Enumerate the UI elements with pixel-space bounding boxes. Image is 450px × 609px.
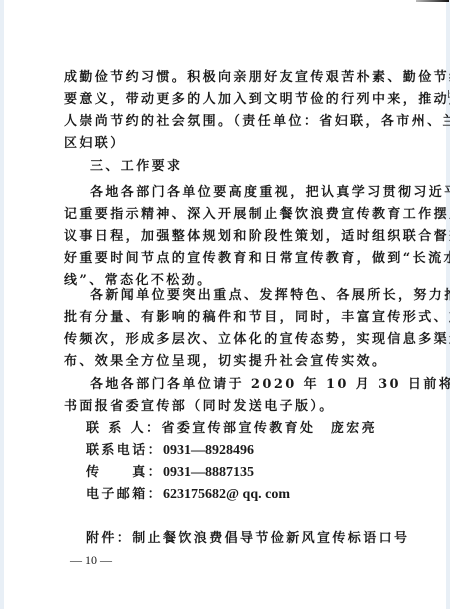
document-page: 成勤俭节约习惯。积极向亲朋好友宣传艰苦朴素、勤俭节约的重 要意义，带动更多的人加… [4,0,446,609]
contact-email-label: 电子邮箱： [86,487,163,502]
attachment-block: 附件：制止餐饮浪费倡导节俭新风宣传标语口号 [64,528,404,550]
text-line: 要意义，带动更多的人加入到文明节俭的行列中来，推动形成人 [64,89,404,111]
paragraph-continuation: 成勤俭节约习惯。积极向亲朋好友宣传艰苦朴素、勤俭节约的重 要意义，带动更多的人加… [64,67,404,155]
contact-person-value: 省委宣传部宣传教育处 庞宏亮 [161,421,377,436]
text-line: 议事日程，加强整体规划和阶段性策划，适时组织联合督查，做 [64,226,404,248]
contact-fax: 传 真：0931—8887135 [64,462,404,484]
section-heading: 三、工作要求 [64,156,404,178]
paragraph-2: 各新闻单位要突出重点、发挥特色、各展所长，努力推出一 批有分量、有影响的稿件和节… [64,285,404,373]
text-line: 好重要时间节点的宣传教育和日常宣传教育，做到“长流水不断 [64,248,404,270]
scan-edge-bar [416,0,449,2]
text-line: 传频次，形成多层次、立体化的宣传态势，实现信息多渠道发 [64,329,404,351]
text-line: 人崇尚节约的社会氛围。（责任单位：省妇联，各市州、兰州新 [64,111,404,133]
contact-phone: 联系电话：0931—8928496 [64,440,404,462]
contact-email: 电子邮箱：623175682@ qq. com [64,484,404,506]
paragraph-1: 各地各部门各单位要高度重视，把认真学习贯彻习近平总书 记重要指示精神、深入开展制… [64,182,404,292]
page-number: — 10 — [70,553,112,568]
text-line: 各地各部门各单位请于 2020 年 10 月 30 日前将贯彻落实情况 [64,374,404,396]
contact-person: 联 系 人：省委宣传部宣传教育处 庞宏亮 [64,418,404,440]
contact-email-value: 623175682@ qq. com [163,487,290,502]
contact-block: 联 系 人：省委宣传部宣传教育处 庞宏亮 联系电话：0931—8928496 传… [64,418,404,506]
attachment-line: 附件：制止餐饮浪费倡导节俭新风宣传标语口号 [64,528,404,550]
contact-phone-value: 0931—8928496 [163,443,254,458]
paragraph-3: 各地各部门各单位请于 2020 年 10 月 30 日前将贯彻落实情况 书面报省… [64,374,404,418]
text-line: 记重要指示精神、深入开展制止餐饮浪费宣传教育工作摆上重要 [64,204,404,226]
contact-person-label: 联 系 人： [86,421,161,436]
contact-phone-label: 联系电话： [86,443,163,458]
text-line: 成勤俭节约习惯。积极向亲朋好友宣传艰苦朴素、勤俭节约的重 [64,67,404,89]
section-heading-block: 三、工作要求 [64,156,404,178]
text-line: 各地各部门各单位要高度重视，把认真学习贯彻习近平总书 [64,182,404,204]
contact-fax-label: 传 真： [86,465,163,480]
text-line: 书面报省委宣传部（同时发送电子版）。 [64,396,404,418]
text-line: 各新闻单位要突出重点、发挥特色、各展所长，努力推出一 [64,285,404,307]
text-line: 区妇联） [64,133,404,155]
text-line: 布、效果全方位呈现，切实提升社会宣传实效。 [64,351,404,373]
contact-fax-value: 0931—8887135 [163,465,254,480]
text-line: 批有分量、有影响的稿件和节目，同时，丰富宣传形式、加大宣 [64,307,404,329]
